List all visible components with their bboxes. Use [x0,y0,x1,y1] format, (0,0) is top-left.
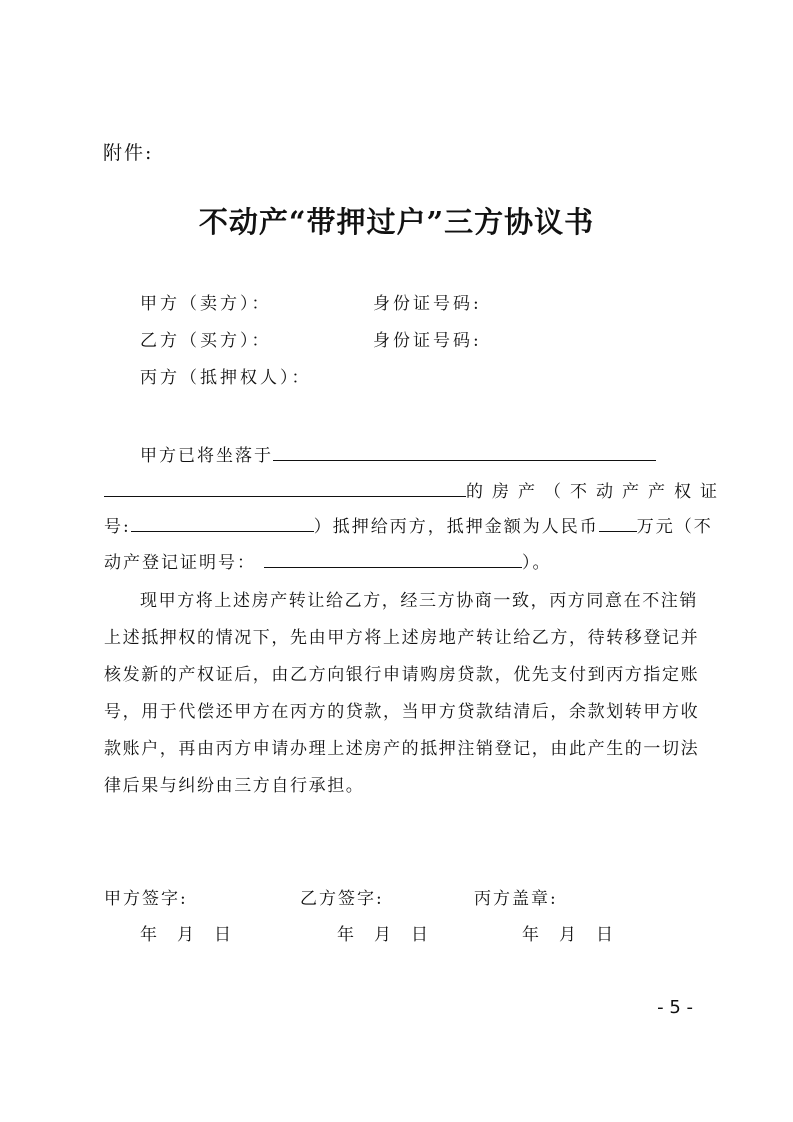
clause1-line2-text: 的房产（不动产产权证 [466,482,726,502]
attachment-label: 附件: [103,138,153,165]
clause2-line: 核发新的产权证后，由乙方向银行申请购房贷款，优先支付到丙方指定账 [104,660,699,685]
clause1-line4: 动产登记证明号：）。 [104,548,552,573]
document-title: 不动产“带押过户”三方协议书 [0,200,793,241]
party-b-id-label: 身份证号码: [373,326,482,351]
month-label: 月 [374,920,391,945]
year-label: 年 [337,920,354,945]
month-label: 月 [559,920,576,945]
clause1-line3-prefix: 号: [104,517,131,537]
page-number: - 5 - [657,997,693,1018]
clause1-line4-prefix: 动产登记证明号： [104,553,256,573]
property-cert-number-blank[interactable] [131,515,314,532]
clause1-line1: 甲方已将坐落于 [140,441,656,466]
day-label: 日 [214,920,231,945]
party-c-date: 年月日 [522,920,613,945]
clause2-line: 号，用于代偿还甲方在丙方的贷款，当甲方贷款结清后，余款划转甲方收 [104,697,699,722]
clause2-line: 现甲方将上述房产转让给乙方，经三方协商一致，丙方同意在不注销 [140,586,698,611]
party-c-label: 丙方（抵押权人）： [140,363,312,388]
party-a-date: 年月日 [140,920,231,945]
clause1-line3: 号:）抵押给丙方，抵押金额为人民币万元（不 [104,512,713,537]
day-label: 日 [411,920,428,945]
party-b-date: 年月日 [337,920,428,945]
party-b-signature-label: 乙方签字: [300,884,384,909]
property-location-blank[interactable] [273,444,656,461]
clause1-line3-mid: ）抵押给丙方，抵押金额为人民币 [314,517,599,537]
clause1-line2: 的房产（不动产产权证 [104,477,726,502]
party-a-label: 甲方（卖方）： [140,289,272,314]
party-a-signature-label: 甲方签字: [104,884,188,909]
year-label: 年 [140,920,157,945]
registration-cert-number-blank[interactable] [264,551,522,568]
property-location-blank-2[interactable] [104,480,466,497]
party-b-label: 乙方（买方）： [140,326,272,351]
clause2-line: 上述抵押权的情况下，先由甲方将上述房地产转让给乙方，待转移登记并 [104,623,699,648]
year-label: 年 [522,920,539,945]
mortgage-amount-blank[interactable] [599,515,637,532]
party-c-seal-label: 丙方盖章: [474,884,558,909]
clause2-line: 律后果与纠纷由三方自行承担。 [104,771,364,796]
clause1-line3-suffix: 万元（不 [637,517,713,537]
month-label: 月 [177,920,194,945]
clause2-line: 款账户，再由丙方申请办理上述房产的抵押注销登记，由此产生的一切法 [104,734,699,759]
day-label: 日 [596,920,613,945]
clause1-line1-text: 甲方已将坐落于 [140,446,273,466]
clause1-line4-suffix: ）。 [522,553,552,573]
party-a-id-label: 身份证号码: [373,289,482,314]
